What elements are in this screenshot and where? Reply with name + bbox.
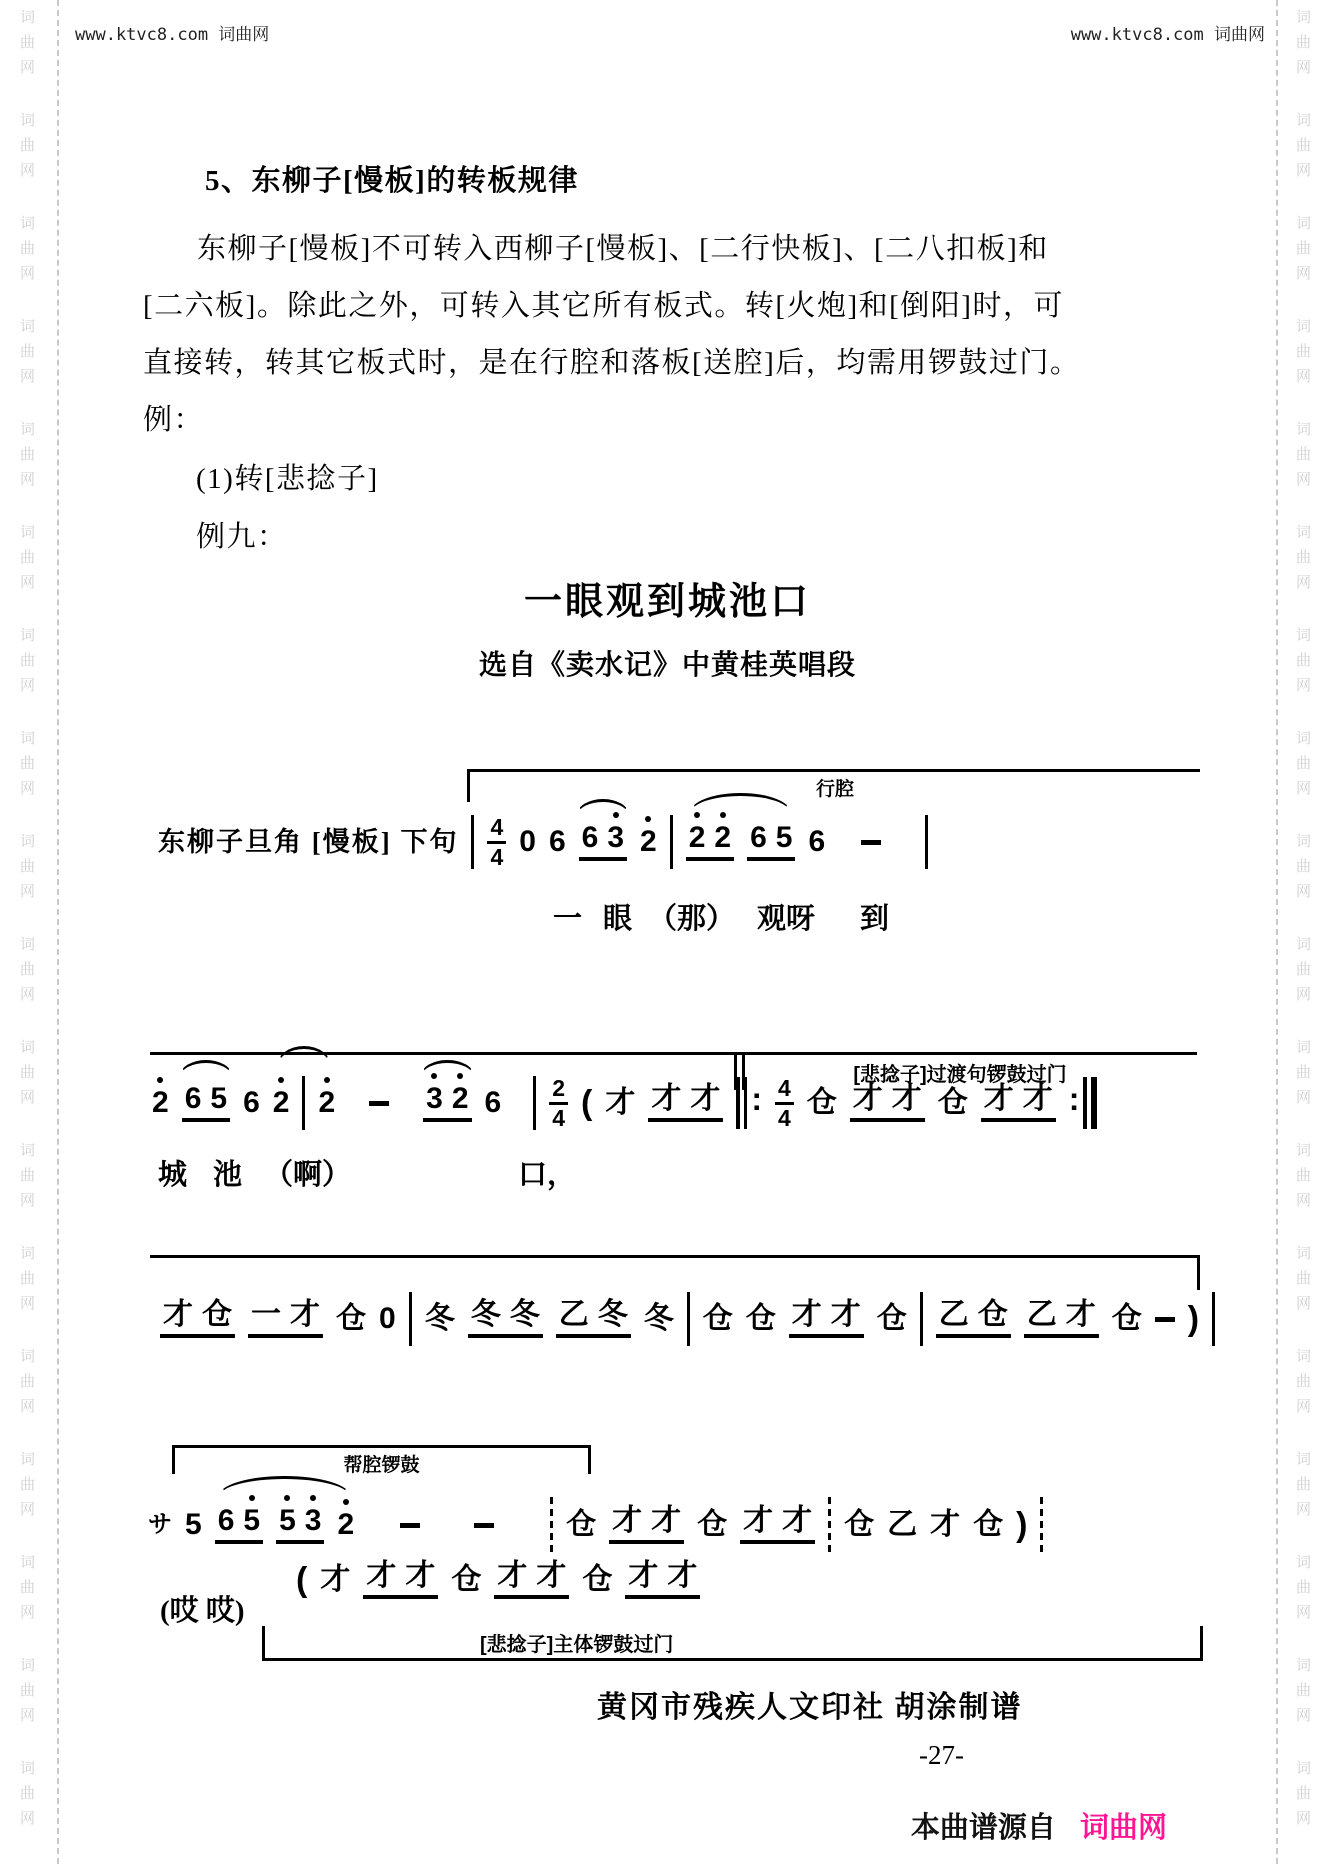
beam-group: 才才	[981, 1084, 1056, 1122]
time-signature: 44	[775, 1077, 794, 1130]
watermark-text: 网	[1296, 365, 1311, 386]
beam-group: 53	[276, 1506, 324, 1544]
bracket-zhuti-luogu: [悲捻子]主体锣鼓过门	[262, 1626, 1203, 1661]
tie-group: 65532	[215, 1506, 354, 1544]
watermark-text: 词	[1296, 1242, 1311, 1263]
note: 2	[640, 827, 657, 857]
note: 0	[379, 1304, 396, 1334]
note: 才	[792, 1300, 822, 1330]
watermark-text: 网	[1296, 1807, 1311, 1828]
watermark-text: 网	[1296, 880, 1311, 901]
watermark-text: 词	[20, 1345, 35, 1366]
note: 5	[776, 823, 793, 853]
left-dashed-rule	[57, 0, 59, 1864]
watermark-text: 网	[20, 1807, 35, 1828]
barline	[1212, 1292, 1215, 1346]
header-left-link[interactable]: www.ktvc8.com 词曲网	[75, 20, 269, 45]
barline	[920, 1292, 923, 1346]
watermark-text: 曲	[1296, 1370, 1311, 1391]
note: 2	[273, 1088, 290, 1118]
note: 才	[782, 1506, 812, 1536]
score-text: )	[1016, 1508, 1027, 1542]
watermark-text: 曲	[1296, 31, 1311, 52]
note: 才	[405, 1561, 435, 1591]
watermark-text: 网	[1296, 1395, 1311, 1416]
watermark-text: 词	[20, 1757, 35, 1778]
watermark-text: 曲	[20, 1782, 35, 1803]
beam-group: 65	[747, 823, 795, 861]
note: 才	[612, 1506, 642, 1536]
watermark-text: 词	[1296, 6, 1311, 27]
watermark-text: 网	[20, 56, 35, 77]
watermark-text: 词	[1296, 1551, 1311, 1572]
score-text: 东柳子旦角 [慢板] 下句	[158, 829, 458, 856]
paragraph-line: 例：	[143, 397, 204, 438]
watermark-text: 曲	[1296, 1782, 1311, 1803]
watermark-text: 曲	[1296, 340, 1311, 361]
note: 仓	[807, 1088, 837, 1118]
watermark-text: 词	[20, 6, 35, 27]
notation-row-4b: (才才才仓才才仓才才	[296, 1561, 700, 1599]
note: 6	[549, 827, 566, 857]
note: 2	[689, 823, 706, 853]
score-text: )	[1188, 1302, 1199, 1336]
note: 2	[337, 1510, 354, 1540]
watermark-text: 词	[1296, 830, 1311, 851]
note: 才	[930, 1510, 960, 1540]
song-title: 一眼观到城池口	[0, 570, 1335, 625]
beam-group: 冬冬	[468, 1300, 543, 1338]
watermark-text: 网	[20, 1086, 35, 1107]
paragraph-line: (1)转[悲捻子]	[196, 456, 379, 497]
note: 冬	[644, 1304, 674, 1334]
note: 才	[628, 1561, 658, 1591]
watermark-text: 曲	[1296, 1679, 1311, 1700]
header-right-link[interactable]: www.ktvc8.com 词曲网	[1071, 20, 1265, 45]
watermark-text: 词	[20, 830, 35, 851]
watermark-text: 曲	[1296, 1164, 1311, 1185]
watermark-text: 词	[20, 1036, 35, 1057]
note: 才	[984, 1084, 1014, 1114]
beam-group: 65	[182, 1084, 230, 1122]
note: 仓	[697, 1510, 727, 1540]
watermark-text: 网	[20, 1395, 35, 1416]
watermark-text: 网	[1296, 262, 1311, 283]
lyric: 观呀	[757, 896, 815, 937]
watermark-text: 词	[1296, 933, 1311, 954]
note: 才	[853, 1084, 883, 1114]
bracket-label: 帮腔锣鼓	[175, 1450, 588, 1477]
note: 5	[243, 1506, 260, 1536]
paragraph-line: [二六板]。除此之外，可转入其它所有板式。转[火炮]和[倒阳]时，可	[143, 283, 1064, 324]
watermark-text: 网	[20, 777, 35, 798]
watermark-text: 词	[20, 418, 35, 439]
watermark-text: 网	[1296, 1292, 1311, 1313]
right-dashed-rule	[1276, 0, 1278, 1864]
time-signature-denominator: 4	[778, 1105, 791, 1130]
beam-group: 才仓	[160, 1300, 235, 1338]
note: 2	[714, 823, 731, 853]
repeat-barline	[736, 1077, 740, 1129]
watermark-text: 词	[1296, 727, 1311, 748]
note: 6	[185, 1084, 202, 1114]
note: 仓	[1112, 1304, 1142, 1334]
sustain-dash	[400, 1523, 420, 1528]
repeat-barline	[744, 1077, 748, 1129]
beam-group: 乙冬	[556, 1300, 631, 1338]
watermark-text: 曲	[20, 237, 35, 258]
watermark-text: 词	[1296, 418, 1311, 439]
section-heading: 5、东柳子[慢板]的转板规律	[205, 158, 579, 199]
beam-group: 32	[423, 1084, 471, 1122]
watermark-text: 曲	[1296, 855, 1311, 876]
watermark-text: 词	[1296, 315, 1311, 336]
watermark-text: 网	[20, 1704, 35, 1725]
beam-group: 一才	[248, 1300, 323, 1338]
song-subtitle: 选自《卖水记》中黄桂英唱段	[0, 643, 1335, 683]
note: 3	[607, 823, 624, 853]
dashed-barline	[550, 1497, 553, 1553]
watermark-text: 词	[20, 212, 35, 233]
beam-group: 22	[686, 823, 734, 861]
watermark-text: 词	[1296, 1345, 1311, 1366]
lyric: 到	[860, 896, 889, 937]
watermark-text: 网	[20, 159, 35, 180]
watermark-text: 曲	[1296, 752, 1311, 773]
note: 冬	[471, 1300, 501, 1330]
note: 乙	[1027, 1300, 1057, 1330]
watermark-text: 词	[20, 1448, 35, 1469]
watermark-text: 词	[20, 521, 35, 542]
lyric: 眼	[603, 896, 632, 937]
sustain-dash	[474, 1523, 494, 1528]
paragraph-line: 例九：	[196, 514, 288, 555]
note: 仓	[938, 1088, 968, 1118]
watermark-text: 词	[20, 1654, 35, 1675]
beam-group: 才才	[850, 1084, 925, 1122]
barline	[687, 1292, 690, 1346]
repeat-begin-sign: :	[736, 1077, 762, 1129]
source-credit: 本曲谱源自 词曲网	[911, 1805, 1167, 1846]
barline	[925, 815, 928, 869]
watermark-text: 曲	[20, 958, 35, 979]
watermark-text: 词	[20, 109, 35, 130]
watermark-text: 网	[1296, 1704, 1311, 1725]
beam-group: 才才	[740, 1506, 815, 1544]
bracket-label: [悲捻子]主体锣鼓过门	[480, 1628, 673, 1657]
tie-arc	[277, 1046, 331, 1066]
note: 0	[519, 827, 536, 857]
score-text: (	[296, 1563, 307, 1597]
note: 5	[210, 1084, 227, 1114]
beam-group: 才才	[625, 1561, 700, 1599]
barline	[670, 815, 673, 869]
note: 2	[318, 1088, 335, 1118]
watermark-column-right: 词曲网词曲网词曲网词曲网词曲网词曲网词曲网词曲网词曲网词曲网词曲网词曲网词曲网词…	[1296, 0, 1316, 1864]
note: 才	[651, 1084, 681, 1114]
note: 乙	[559, 1300, 589, 1330]
page-number: -27-	[919, 1740, 964, 1771]
slur-arc	[421, 1060, 473, 1076]
note: 才	[651, 1506, 681, 1536]
note: 6	[582, 823, 599, 853]
note: 仓	[844, 1510, 874, 1540]
watermark-text: 词	[20, 1551, 35, 1572]
beam-group: 才才	[789, 1300, 864, 1338]
watermark-text: 曲	[1296, 237, 1311, 258]
watermark-text: 曲	[1296, 546, 1311, 567]
notation-row-1: 东柳子旦角 [慢板] 下句440663222656	[158, 815, 928, 869]
note: 2	[152, 1088, 169, 1118]
watermark-text: 词	[20, 315, 35, 336]
note: 6	[750, 823, 767, 853]
watermark-text: 曲	[1296, 1473, 1311, 1494]
watermark-text: 曲	[1296, 958, 1311, 979]
note: 仓	[336, 1304, 366, 1334]
note: 乙	[887, 1510, 917, 1540]
tie-group: 22	[273, 1076, 335, 1130]
watermark-text: 词	[1296, 109, 1311, 130]
note: 一	[251, 1300, 281, 1330]
watermark-text: 网	[20, 262, 35, 283]
watermark-text: 曲	[20, 1061, 35, 1082]
beam-group: 才才	[494, 1561, 569, 1599]
note: 才	[605, 1088, 635, 1118]
time-signature-numerator: 4	[775, 1077, 794, 1105]
watermark-text: 曲	[1296, 1061, 1311, 1082]
source-brand-link[interactable]: 词曲网	[1080, 1812, 1167, 1844]
watermark-text: 词	[1296, 212, 1311, 233]
barline	[302, 1076, 305, 1130]
note: 仓	[566, 1510, 596, 1540]
note: 3	[305, 1506, 322, 1536]
note: 才	[290, 1300, 320, 1330]
sustain-dash	[1155, 1317, 1175, 1322]
watermark-text: 曲	[20, 855, 35, 876]
note: 才	[536, 1561, 566, 1591]
lyric: 一	[553, 896, 582, 937]
watermark-text: 曲	[20, 443, 35, 464]
lyric: （那）	[648, 896, 735, 937]
lyric: 城	[158, 1152, 187, 1193]
score-text: サ	[148, 1513, 172, 1537]
beam-group: 65	[215, 1506, 263, 1544]
bracket-bangqiang: 帮腔锣鼓	[172, 1445, 591, 1474]
note: 6	[485, 1088, 502, 1118]
watermark-text: 网	[1296, 1189, 1311, 1210]
watermark-text: 词	[1296, 1757, 1311, 1778]
watermark-text: 曲	[20, 1473, 35, 1494]
watermark-text: 曲	[20, 752, 35, 773]
paragraph-line: 东柳子[慢板]不可转入西柳子[慢板]、[二行快板]、[二八扣板]和	[197, 226, 1049, 267]
source-prefix: 本曲谱源自	[911, 1812, 1056, 1844]
watermark-text: 词	[1296, 624, 1311, 645]
notation-row-4: サ565532仓才才仓才才仓乙才仓)	[148, 1497, 1043, 1553]
note: 仓	[877, 1304, 907, 1334]
note: 才	[892, 1084, 922, 1114]
note: 才	[690, 1084, 720, 1114]
watermark-text: 网	[20, 1292, 35, 1313]
beam-group: 乙才	[1024, 1300, 1099, 1338]
note: 才	[320, 1565, 350, 1595]
note: 3	[426, 1084, 443, 1114]
note: 才	[667, 1561, 697, 1591]
watermark-text: 网	[1296, 56, 1311, 77]
repeat-dots: :	[1069, 1087, 1080, 1113]
beam-group: 才才	[648, 1084, 723, 1122]
score-document-page: 词曲网词曲网词曲网词曲网词曲网词曲网词曲网词曲网词曲网词曲网词曲网词曲网词曲网词…	[0, 0, 1335, 1864]
time-signature-numerator: 4	[487, 816, 506, 844]
watermark-text: 网	[1296, 777, 1311, 798]
note: 6	[243, 1088, 260, 1118]
watermark-text: 网	[1296, 159, 1311, 180]
beam-group: 才才	[609, 1506, 684, 1544]
watermark-text: 词	[1296, 521, 1311, 542]
note: 6	[218, 1506, 235, 1536]
repeat-barline	[1091, 1077, 1097, 1129]
watermark-text: 网	[20, 983, 35, 1004]
phrase-bracket-xingqiang: 行腔	[467, 769, 1200, 802]
watermark-text: 词	[20, 1139, 35, 1160]
repeat-end-sign: :	[1069, 1077, 1097, 1129]
note: 才	[497, 1561, 527, 1591]
barline	[409, 1292, 412, 1346]
watermark-text: 曲	[1296, 1576, 1311, 1597]
watermark-text: 曲	[1296, 1267, 1311, 1288]
watermark-text: 词	[1296, 1654, 1311, 1675]
note: 才	[831, 1300, 861, 1330]
lyric: 口，	[518, 1152, 576, 1193]
barline	[533, 1076, 536, 1130]
watermark-text: 曲	[20, 1164, 35, 1185]
time-signature: 24	[549, 1077, 568, 1130]
publisher-credit: 黄冈市残疾人文印社 胡涂制谱	[597, 1682, 1023, 1726]
sustain-dash	[861, 840, 881, 845]
watermark-text: 曲	[20, 1679, 35, 1700]
time-signature-denominator: 4	[552, 1105, 565, 1130]
beam-group: 才才	[363, 1561, 438, 1599]
paragraph-line: 直接转，转其它板式时，是在行腔和落板[送腔]后，均需用锣鼓过门。	[143, 340, 1080, 381]
note: 才	[743, 1506, 773, 1536]
note: 仓	[451, 1565, 481, 1595]
watermark-column-left: 词曲网词曲网词曲网词曲网词曲网词曲网词曲网词曲网词曲网词曲网词曲网词曲网词曲网词…	[20, 0, 40, 1864]
watermark-text: 词	[20, 1242, 35, 1263]
note: 才	[366, 1561, 396, 1591]
watermark-text: 曲	[20, 1576, 35, 1597]
note: 乙	[939, 1300, 969, 1330]
lyric: （啊）	[264, 1152, 351, 1193]
watermark-text: 曲	[20, 1267, 35, 1288]
watermark-text: 词	[1296, 1448, 1311, 1469]
barline	[471, 815, 474, 869]
watermark-text: 网	[20, 880, 35, 901]
note: 冬	[510, 1300, 540, 1330]
time-signature: 44	[487, 816, 506, 869]
watermark-text: 网	[1296, 1498, 1311, 1519]
note: 仓	[703, 1304, 733, 1334]
watermark-text: 网	[20, 1189, 35, 1210]
watermark-text: 曲	[20, 546, 35, 567]
note: 仓	[202, 1300, 232, 1330]
time-signature-denominator: 4	[490, 844, 503, 869]
watermark-text: 网	[20, 1498, 35, 1519]
note: 5	[279, 1506, 296, 1536]
note: 才	[163, 1300, 193, 1330]
watermark-text: 网	[20, 468, 35, 489]
note: 2	[452, 1084, 469, 1114]
lyric: 池	[213, 1152, 242, 1193]
tie-group: 2265	[686, 823, 796, 861]
note: 仓	[973, 1510, 1003, 1540]
watermark-text: 词	[20, 624, 35, 645]
watermark-text: 词	[1296, 1139, 1311, 1160]
system3-top-line	[150, 1255, 1200, 1290]
note: 6	[808, 827, 825, 857]
note: 仓	[978, 1300, 1008, 1330]
dashed-barline	[828, 1497, 831, 1553]
watermark-text: 网	[1296, 1086, 1311, 1107]
watermark-text: 曲	[1296, 134, 1311, 155]
watermark-text: 词	[20, 727, 35, 748]
watermark-text: 曲	[20, 31, 35, 52]
tie-arc	[219, 1476, 350, 1496]
score-text: (	[581, 1086, 592, 1120]
watermark-text: 词	[1296, 1036, 1311, 1057]
repeat-barline	[1083, 1077, 1087, 1129]
beam-group: 63	[579, 823, 627, 861]
repeat-dots: :	[751, 1087, 762, 1113]
watermark-text: 网	[20, 1601, 35, 1622]
dashed-barline	[1040, 1497, 1043, 1553]
note: 才	[1023, 1084, 1053, 1114]
note: 冬	[598, 1300, 628, 1330]
note: 5	[185, 1510, 202, 1540]
watermark-text: 曲	[20, 134, 35, 155]
time-signature-numerator: 2	[549, 1077, 568, 1105]
watermark-text: 网	[1296, 1601, 1311, 1622]
notation-row-2: 26562232624(才才才:44仓才才仓才才:	[152, 1076, 1097, 1130]
watermark-text: 词	[20, 933, 35, 954]
slur-arc	[180, 1060, 232, 1076]
watermark-text: 曲	[20, 340, 35, 361]
note: 冬	[425, 1304, 455, 1334]
watermark-text: 曲	[1296, 443, 1311, 464]
note: 仓	[746, 1304, 776, 1334]
sustain-dash	[369, 1101, 389, 1106]
beam-group: 乙仓	[936, 1300, 1011, 1338]
watermark-text: 曲	[20, 1370, 35, 1391]
notation-row-3: 才仓一才仓0冬冬冬乙冬冬仓仓才才仓乙仓乙才仓)	[160, 1292, 1215, 1346]
note: 才	[1066, 1300, 1096, 1330]
watermark-text: 网	[1296, 468, 1311, 489]
note: 仓	[582, 1565, 612, 1595]
aside-vocables: (哎 哎)	[160, 1588, 245, 1629]
watermark-text: 网	[1296, 983, 1311, 1004]
bracket-label: 行腔	[470, 774, 1200, 801]
watermark-text: 网	[20, 365, 35, 386]
